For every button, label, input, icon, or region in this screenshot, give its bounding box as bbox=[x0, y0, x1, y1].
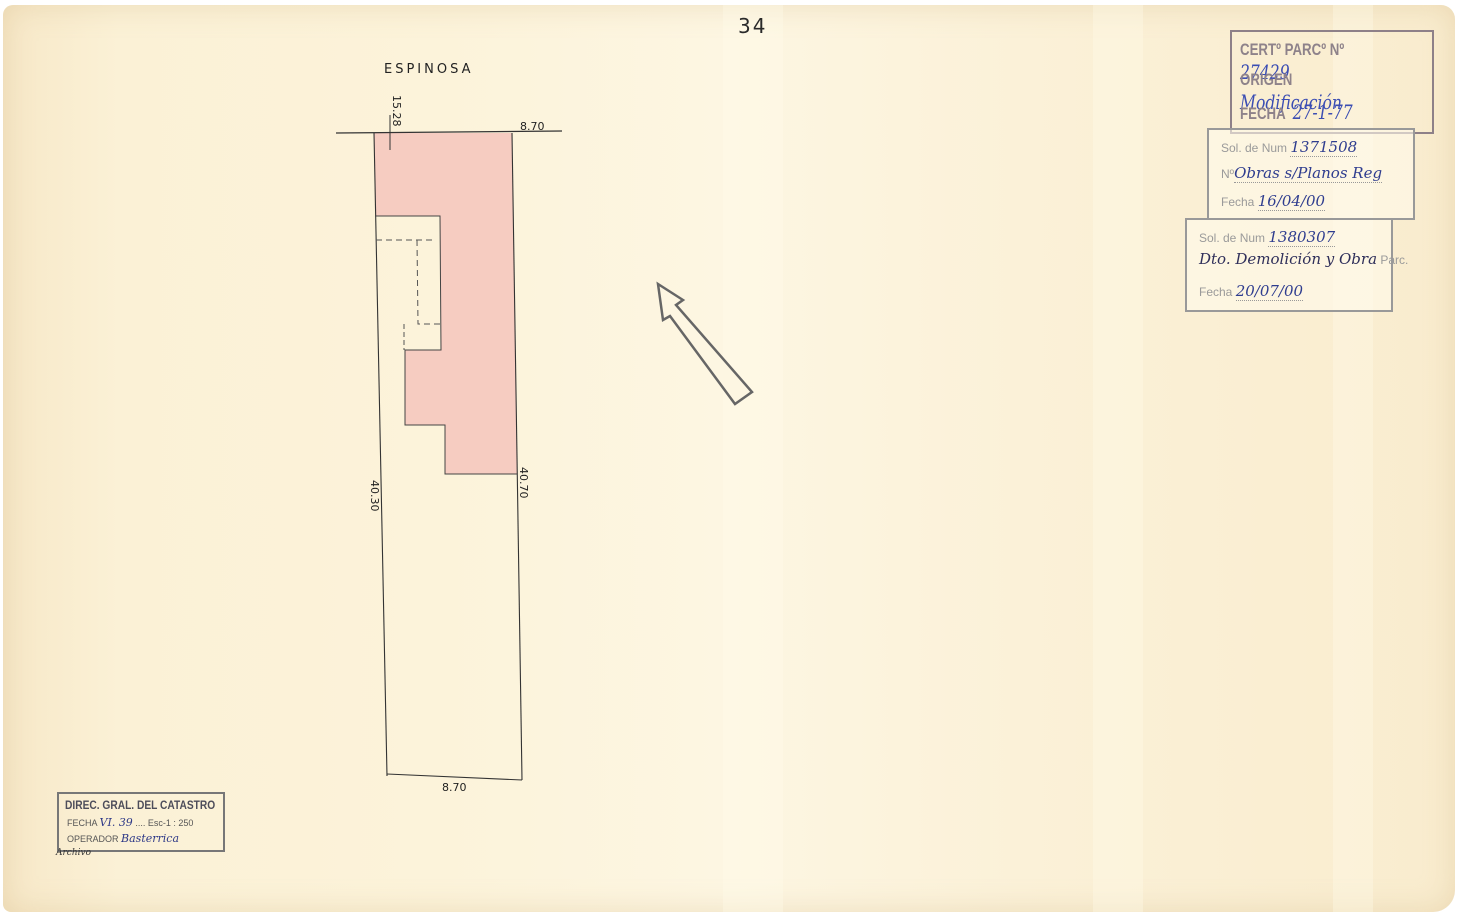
back-dimension: 8.70 bbox=[442, 781, 467, 794]
fecha-label: FECHA bbox=[1240, 104, 1285, 123]
sol2-parc-value: Dto. Demolición y Obra bbox=[1199, 250, 1377, 268]
sol2-parc-label: Parc. bbox=[1380, 253, 1408, 267]
solicitud-stamp-1: Sol. de Num 1371508 NºObras s/Planos Reg… bbox=[1207, 128, 1415, 220]
catastro-operador-value: Basterrica bbox=[121, 832, 179, 845]
sol2-fecha-value: 20/07/00 bbox=[1236, 282, 1303, 301]
catastro-scale: Esc-1 : 250 bbox=[148, 818, 194, 828]
built-area bbox=[374, 133, 517, 474]
parcel-back bbox=[387, 774, 522, 780]
fecha-value: 27-1-77 bbox=[1293, 100, 1353, 124]
catastro-fecha-value: VI. 39 bbox=[100, 816, 133, 829]
cert-label: CERTº PARCº Nº bbox=[1240, 40, 1344, 59]
sol2-fecha-label: Fecha bbox=[1199, 285, 1232, 299]
sol-num-label: Sol. de Num bbox=[1221, 141, 1287, 155]
sol-num-value: 1371508 bbox=[1290, 138, 1357, 157]
front-dimension: 8.70 bbox=[520, 120, 545, 133]
catastro-operador-label: OPERADOR bbox=[67, 834, 119, 844]
sol2-num-value: 1380307 bbox=[1268, 228, 1335, 247]
origen-label: ORIGEN bbox=[1240, 70, 1292, 89]
catastro-fecha-label: FECHA bbox=[67, 818, 97, 828]
catastro-title: DIREC. GRAL. DEL CATASTRO bbox=[65, 798, 215, 812]
signature: Archivo bbox=[56, 848, 91, 858]
solicitud-stamp-2: Sol. de Num 1380307 Dto. Demolición y Ob… bbox=[1185, 218, 1393, 312]
certificate-stamp: CERTº PARCº Nº 27429 ORIGEN Modificación… bbox=[1230, 30, 1434, 134]
sol-fecha-value: 16/04/00 bbox=[1258, 192, 1325, 211]
sol2-num-label: Sol. de Num bbox=[1199, 231, 1265, 245]
sol-n-label: Nº bbox=[1221, 167, 1234, 181]
corner-distance: 15.28 bbox=[390, 95, 403, 127]
parcel-left-side bbox=[374, 133, 387, 776]
right-side-dimension: 40.70 bbox=[517, 467, 530, 499]
left-side-dimension: 40.30 bbox=[368, 480, 381, 512]
north-arrow-icon bbox=[658, 284, 752, 404]
sol-fecha-label: Fecha bbox=[1221, 195, 1254, 209]
catastro-stamp: DIREC. GRAL. DEL CATASTRO FECHA VI. 39 .… bbox=[57, 792, 225, 852]
sol-n-value: Obras s/Planos Reg bbox=[1234, 164, 1382, 183]
